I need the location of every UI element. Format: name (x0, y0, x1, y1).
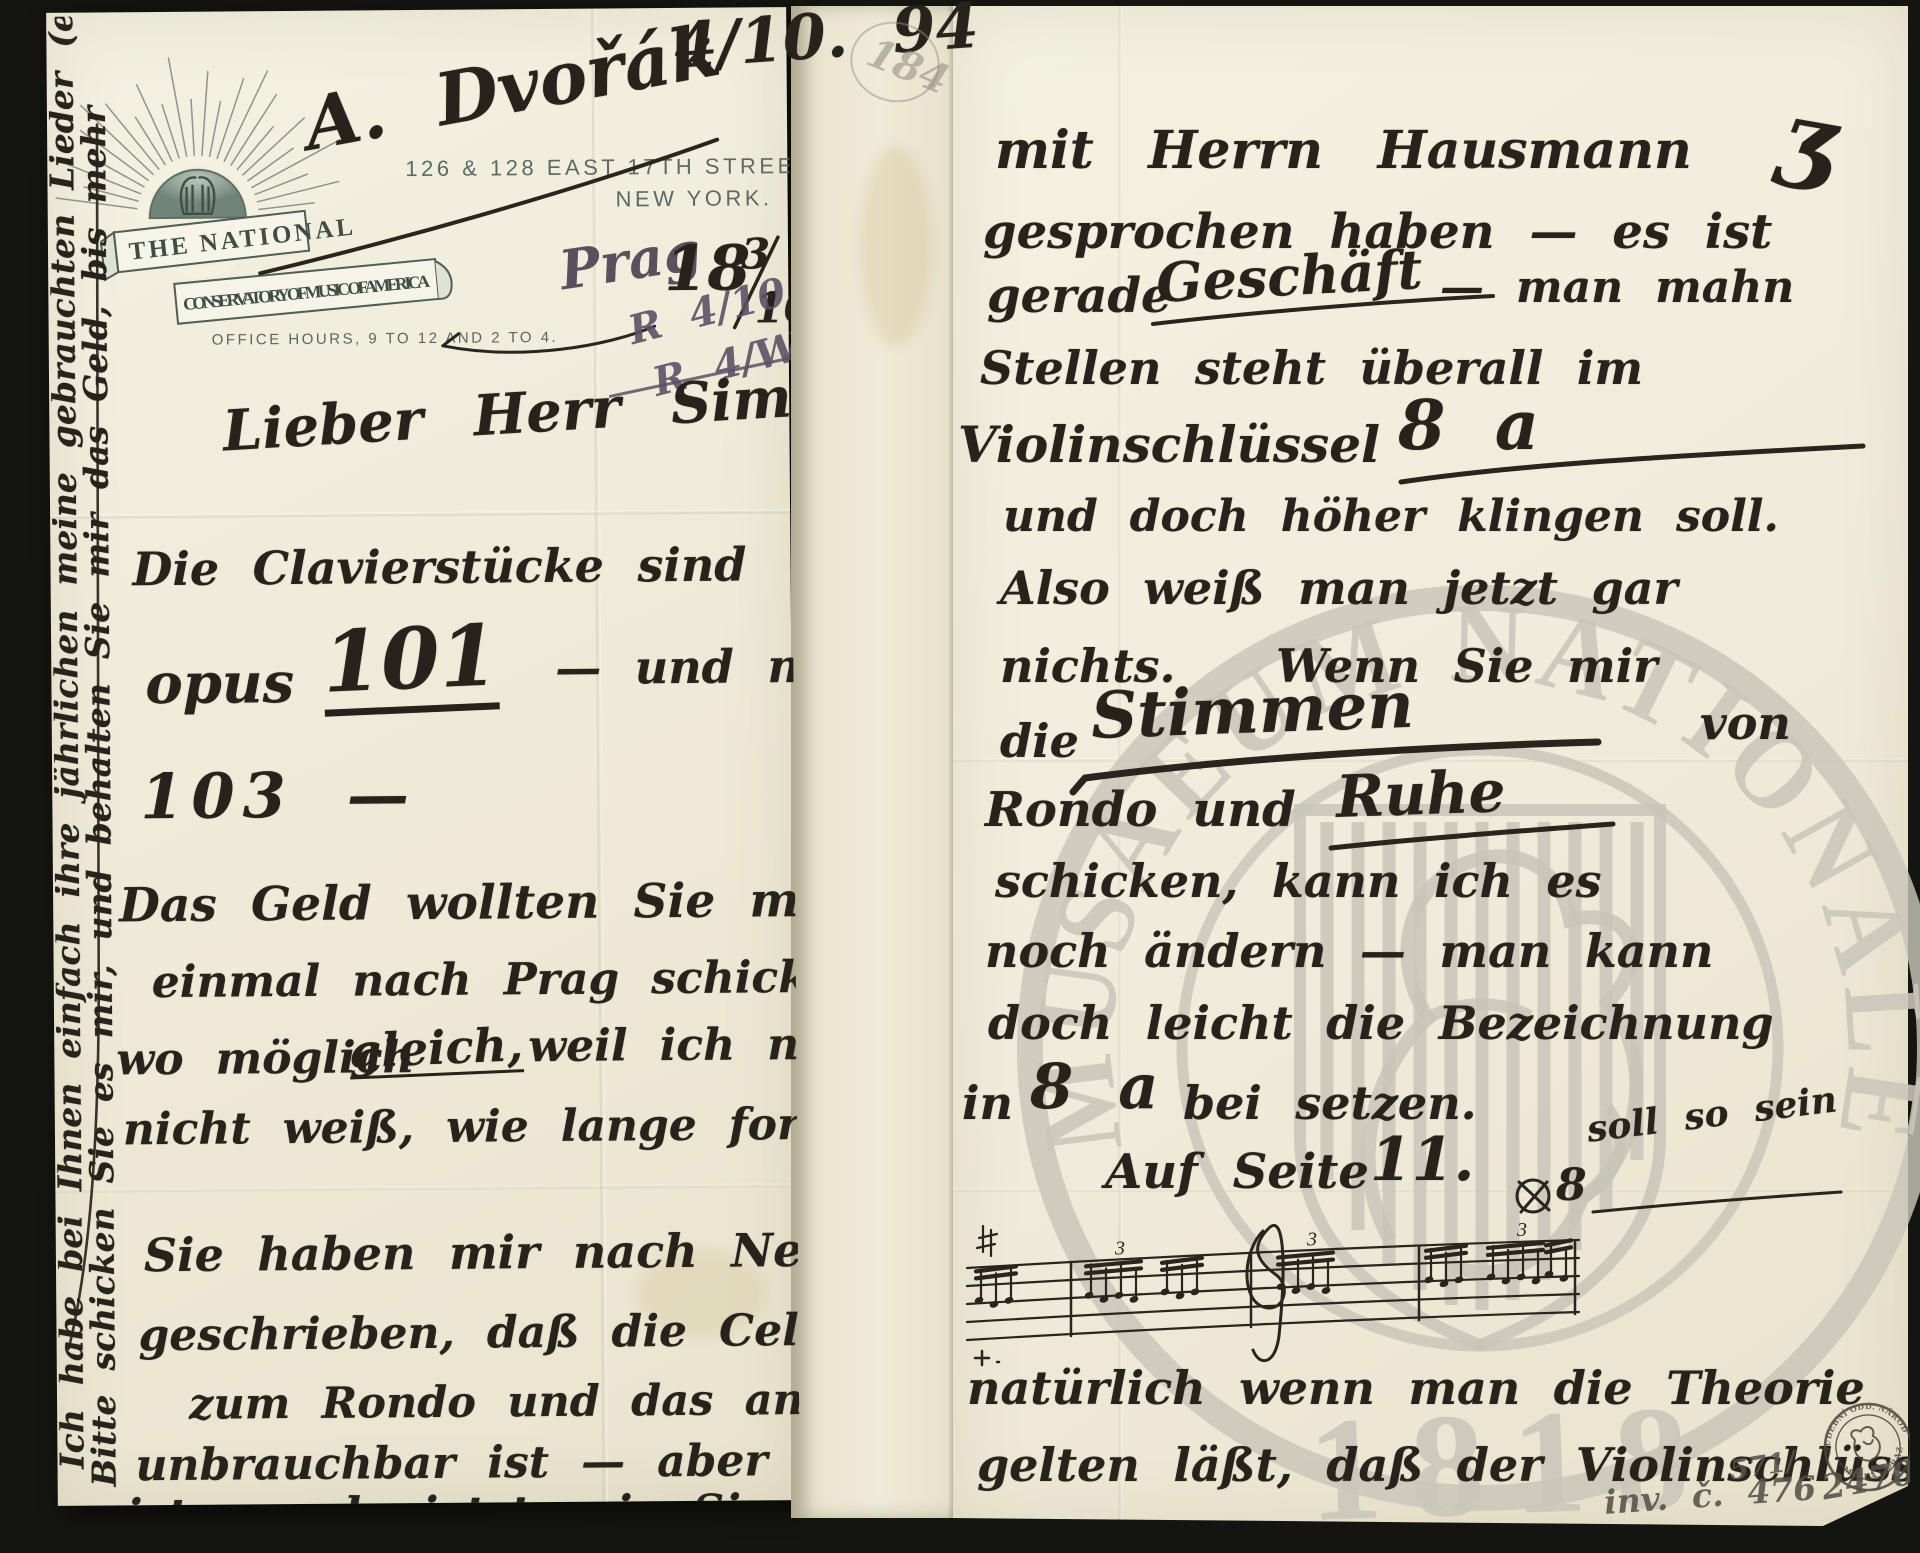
handwritten-line: unbrauchbar ist — aber es (135, 1439, 799, 1489)
handwritten-word-underlined: Ruhe (1335, 762, 1506, 826)
handwritten-word-underlined: Stimmen (1090, 674, 1415, 749)
handwritten-line: Also weiß man jetzt gar (1000, 565, 1678, 611)
handwritten-line: natürlich wenn man die Theorie (967, 1365, 1865, 1411)
opus-number-underlined: 101 (321, 613, 500, 716)
svg-text:3: 3 (1516, 1219, 1527, 1241)
handwritten-line: zum Rondo und das andere Stück (189, 1377, 800, 1427)
handwritten-line: in (962, 1080, 1013, 1126)
handwritten-line: 103 — (140, 764, 417, 828)
left-page-content: THE NATIONAL CONSERVATORY OF MUSIC OF AM… (48, 11, 800, 1506)
aside-octave-mark: 8 (1556, 1164, 1587, 1208)
handwritten-line: Die Clavierstücke sind (132, 541, 746, 592)
dateline-month-numerator: 3 (741, 233, 771, 275)
handwritten-line: weil ich noch (528, 1022, 800, 1069)
handwritten-line: schicken, kann ich es (995, 858, 1602, 904)
page-reference-number: 11. (1370, 1130, 1474, 1190)
handwritten-line: Violinschlüssel (958, 420, 1380, 470)
handwritten-line: — man mahn (1440, 266, 1794, 310)
handwritten-line: doch leicht die Bezeichnung (988, 1000, 1774, 1046)
margin-note-line2: Bitte schicken Sie es mir, und behalten … (77, 106, 121, 1486)
handwritten-line: gerade (987, 272, 1172, 320)
handwritten-line: geschrieben, daß die Cello parts (138, 1307, 799, 1358)
handwritten-line: noch ändern — man kann (985, 928, 1713, 974)
handwritten-line: Auf Seite (1105, 1148, 1369, 1196)
handwritten-word-underlined: gleich, (348, 1021, 524, 1079)
handwritten-line: opus (145, 655, 294, 712)
handwritten-line: Sie haben mir nach New York (144, 1226, 800, 1279)
octave-mark: 8 a (1030, 1056, 1158, 1118)
handwritten-line: ist gerade jetzt, wie Sie es (126, 1489, 800, 1506)
handwritten-line: Stellen steht überall im (980, 345, 1643, 391)
center-fold-strip (791, 6, 954, 1518)
sharp-sign-icon (977, 1226, 997, 1256)
dateline-underline-flourish (443, 326, 655, 353)
handwritten-line: — und nicht (555, 642, 800, 691)
right-page-content: 333 mit Herrn Hausmann ʒ gesprochen habe… (953, 6, 1910, 1526)
paper-stain (861, 146, 931, 346)
opus-number: 101 (321, 613, 500, 716)
handwritten-line: und doch höher klingen soll. (1003, 495, 1779, 539)
handwritten-line: Das Geld wollten Sie mir (119, 877, 800, 930)
handwritten-line: mit Herrn Hausmann (995, 125, 1692, 177)
handwritten-line: von (1700, 700, 1791, 746)
music-notes: 333 (974, 1219, 1571, 1309)
handwritten-line: bei setzen. (1183, 1080, 1477, 1126)
handwritten-word-underlined: Geschäft (1155, 242, 1424, 310)
letter-scan: { "left": { "top_date": "4/10. 94", "cat… (0, 0, 1920, 1553)
handwritten-line: die (1000, 718, 1079, 764)
handwritten-line: Rondo und (985, 786, 1296, 834)
svg-text:3: 3 (1306, 1229, 1317, 1251)
handwritten-line: einmal nach Prag schicken (152, 956, 800, 1006)
treble-clef-icon (1247, 1225, 1284, 1360)
octave-mark: 8 a (1398, 392, 1539, 460)
handwritten-line: nicht weiß, wie lange fort bleibe. (123, 1101, 800, 1152)
aside-dash-line (1593, 1192, 1841, 1212)
underlined-word: gleich, (348, 1021, 524, 1079)
svg-text:3: 3 (1114, 1237, 1125, 1259)
clef-cross-lines (1519, 1182, 1549, 1212)
